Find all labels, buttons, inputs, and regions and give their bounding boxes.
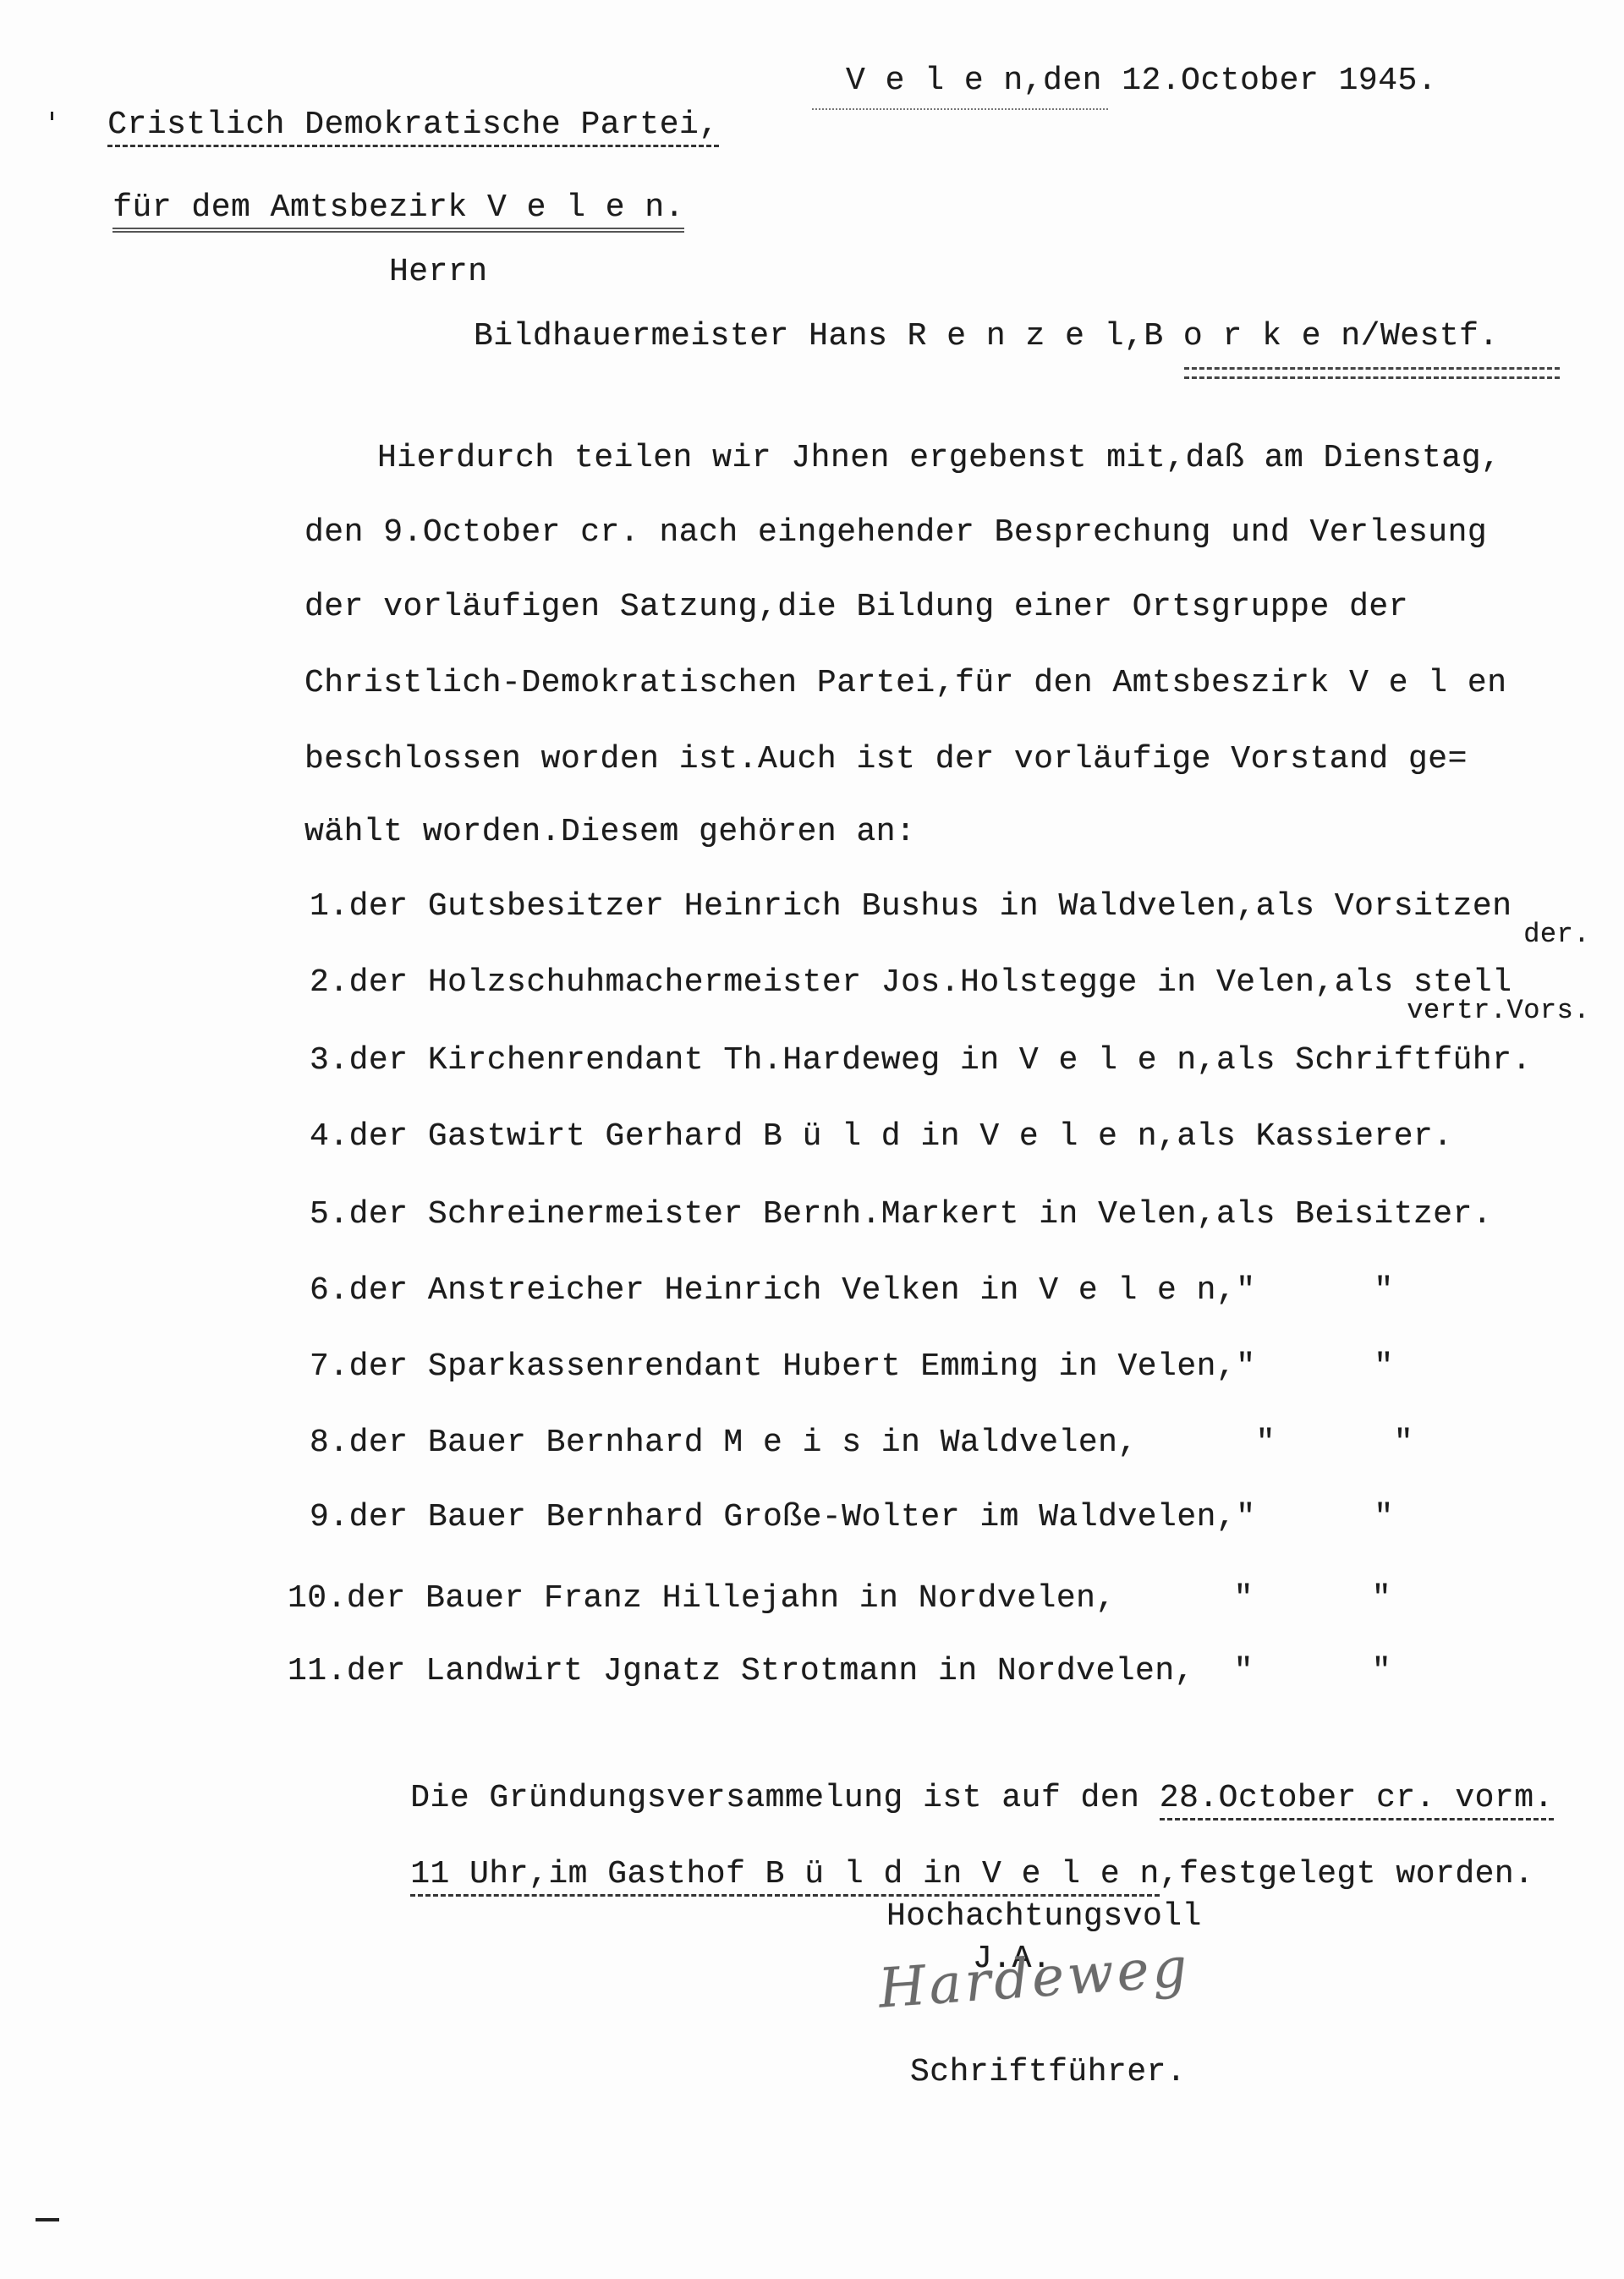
party-name-text: Cristlich Demokratische Partei, [107,107,718,147]
body-line: der vorläufigen Satzung,die Bildung eine… [304,589,1408,626]
board-member-item: 11.der Landwirt Jgnatz Strotmann in Nord… [288,1653,1391,1690]
board-member-item: 1.der Gutsbesitzer Heinrich Bushus in Wa… [310,888,1512,925]
district-line: für dem Amtsbezirk V e l e n. [34,152,684,264]
board-member-item: 8.der Bauer Bernhard M e i s in Waldvele… [310,1425,1413,1462]
board-member-item: 7.der Sparkassenrendant Hubert Emming in… [310,1348,1394,1386]
body-line: wählt worden.Diesem gehören an: [304,814,915,851]
margin-mark [36,2218,59,2221]
address-underline [1184,367,1560,379]
salutation: Herrn [389,254,488,291]
board-member-item: 9.der Bauer Bernhard Große-Wolter im Wal… [310,1499,1394,1536]
board-member-role-continuation: vertr.Vors. [1407,997,1590,1025]
margin-mark [51,112,53,120]
board-member-item: 5.der Schreinermeister Bernh.Markert in … [310,1196,1492,1233]
closing-greeting: Hochachtungsvoll [886,1898,1202,1936]
body-line: beschlossen worden ist.Auch ist der vorl… [304,741,1468,778]
body-line: Hierdurch teilen wir Jhnen ergebenst mit… [377,440,1501,477]
place-date: V e l e n,den 12.October 1945. [846,63,1437,100]
assembly-text-1: Die Gründungsversammelung ist auf den [410,1780,1160,1816]
board-member-item: 4.der Gastwirt Gerhard B ü l d in V e l … [310,1118,1453,1156]
assembly-date: 28.October cr. vorm. [1160,1780,1554,1820]
body-line: Christlich-Demokratischen Partei,für den… [304,665,1507,702]
district-line-text: für dem Amtsbezirk V e l e n. [112,189,684,233]
body-line: den 9.October cr. nach eingehender Bespr… [304,514,1487,552]
signer-title: Schriftführer. [910,2054,1186,2091]
assembly-text-2: ,festgelegt worden. [1160,1856,1534,1892]
handwritten-signature: Hardeweg [876,1933,1237,2059]
date-underline [812,108,1108,113]
board-member-item: 2.der Holzschuhmachermeister Jos.Holsteg… [310,964,1512,1002]
letter-page: Cristlich Demokratische Partei, für dem … [0,0,1624,2279]
board-member-role-continuation: der. [1523,920,1590,949]
assembly-location: 11 Uhr,im Gasthof B ü l d in V e l e n [410,1856,1160,1897]
board-member-item: 6.der Anstreicher Heinrich Velken in V e… [310,1272,1394,1310]
board-member-item: 3.der Kirchenrendant Th.Hardeweg in V e … [310,1042,1532,1079]
board-member-item: 10.der Bauer Franz Hillejahn in Nordvele… [288,1580,1391,1617]
recipient-address: Bildhauermeister Hans R e n z e l,B o r … [474,318,1499,355]
